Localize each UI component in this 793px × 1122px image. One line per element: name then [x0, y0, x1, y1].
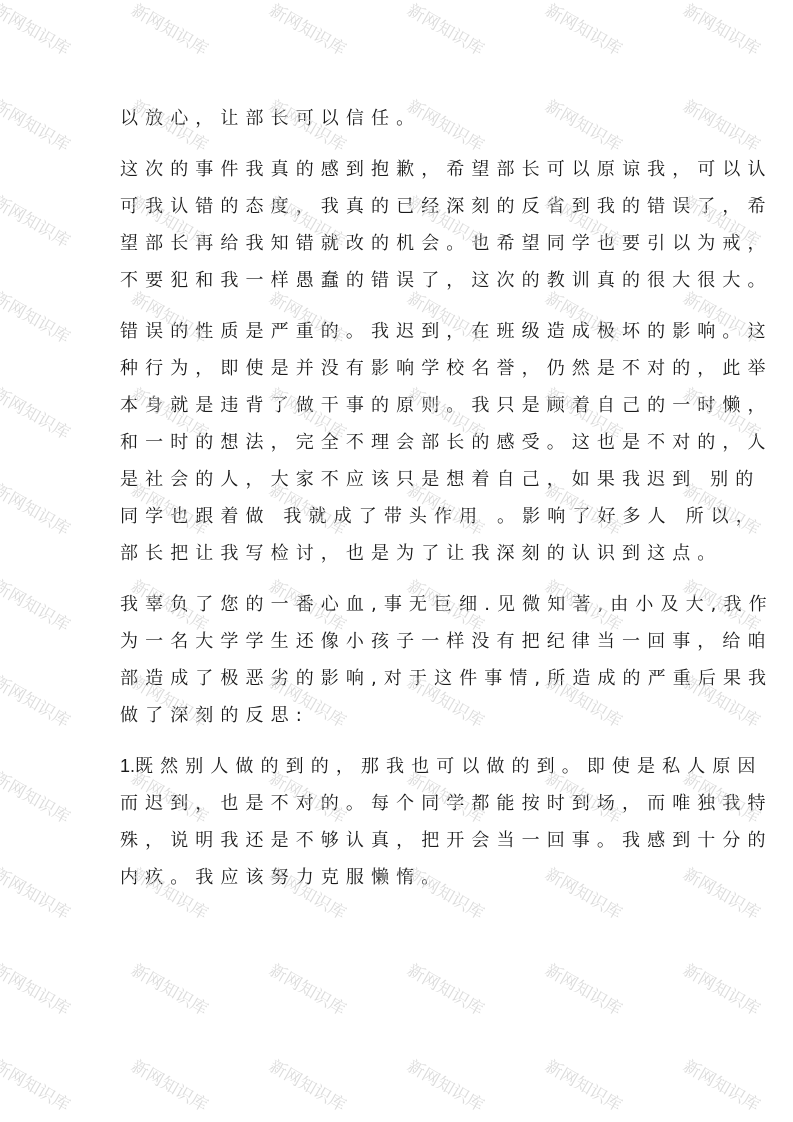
paragraph-4: 我辜负了您的一番心血,事无巨细.见微知著,由小及大,我作 为一名大学学生还像小孩… — [120, 586, 676, 734]
watermark-text: 新网知识库 — [128, 956, 214, 1020]
watermark-text: 新网知识库 — [0, 572, 76, 636]
watermark-text: 新网知识库 — [0, 188, 76, 252]
text-line: 这次的事件我真的感到抱歉，希望部长可以原谅我，可以认 — [120, 151, 676, 188]
watermark-text: 新网知识库 — [266, 1052, 352, 1116]
watermark-text: 新网知识库 — [0, 1052, 76, 1116]
text-line: 我辜负了您的一番心血,事无巨细.见微知著,由小及大,我作 — [120, 586, 676, 623]
watermark-text: 新网知识库 — [0, 668, 76, 732]
watermark-text: 新网知识库 — [0, 860, 76, 924]
numbered-paragraph-1: 1.既然别人做的到的，那我也可以做的到。即使是私人原因 而迟到，也是不对的。每个… — [120, 748, 676, 896]
text-line: 可我认错的态度，我真的已经深刻的反省到我的错误了，希 — [120, 188, 676, 225]
paragraph-1: 以放心，让部长可以信任。 — [120, 100, 676, 137]
watermark-text: 新网知识库 — [0, 476, 76, 540]
text-line: 部造成了极恶劣的影响,对于这件事情,所造成的严重后果我 — [120, 660, 676, 697]
list-number: 1. — [120, 756, 135, 776]
text-line: 是社会的人，大家不应该只是想着自己，如果我迟到 别的 — [120, 461, 676, 498]
watermark-text: 新网知识库 — [128, 1052, 214, 1116]
watermark-text: 新网知识库 — [542, 956, 628, 1020]
watermark-text: 新网知识库 — [542, 0, 628, 60]
watermark-text: 新网知识库 — [0, 0, 76, 60]
watermark-text: 新网知识库 — [0, 764, 76, 828]
watermark-text: 新网知识库 — [266, 0, 352, 60]
text-line: 为一名大学学生还像小孩子一样没有把纪律当一回事，给咱 — [120, 623, 676, 660]
watermark-text: 新网知识库 — [680, 956, 766, 1020]
text-line: 同学也跟着做 我就成了带头作用 。影响了好多人 所以， — [120, 498, 676, 535]
document-page: 以放心，让部长可以信任。 这次的事件我真的感到抱歉，希望部长可以原谅我，可以认 … — [0, 0, 793, 1122]
text-line: 以放心，让部长可以信任。 — [120, 100, 676, 137]
watermark-text: 新网知识库 — [128, 0, 214, 60]
text-line: 做了深刻的反思: — [120, 697, 676, 734]
text-line: 而迟到，也是不对的。每个同学都能按时到场，而唯独我特 — [120, 785, 676, 822]
watermark-text: 新网知识库 — [680, 1052, 766, 1116]
watermark-text: 新网知识库 — [0, 284, 76, 348]
paragraph-2: 这次的事件我真的感到抱歉，希望部长可以原谅我，可以认 可我认错的态度，我真的已经… — [120, 151, 676, 299]
text-line: 部长把让我写检讨，也是为了让我深刻的认识到这点。 — [120, 535, 676, 572]
watermark-text: 新网知识库 — [0, 956, 76, 1020]
watermark-text: 新网知识库 — [680, 860, 766, 924]
text-line: 种行为，即使是并没有影响学校名誉，仍然是不对的，此举 — [120, 350, 676, 387]
text-line: 本身就是违背了做干事的原则。我只是顾着自己的一时懒， — [120, 387, 676, 424]
watermark-text: 新网知识库 — [404, 956, 490, 1020]
paragraph-3: 错误的性质是严重的。我迟到，在班级造成极坏的影响。这 种行为，即使是并没有影响学… — [120, 313, 676, 572]
text-line: 内疚。我应该努力克服懒惰。 — [120, 859, 676, 896]
text-line: 不要犯和我一样愚蠢的错误了，这次的教训真的很大很大。 — [120, 262, 676, 299]
watermark-text: 新网知识库 — [404, 1052, 490, 1116]
watermark-text: 新网知识库 — [680, 0, 766, 60]
text-line: 望部长再给我知错就改的机会。也希望同学也要引以为戒， — [120, 225, 676, 262]
text-line: 1.既然别人做的到的，那我也可以做的到。即使是私人原因 — [120, 748, 676, 785]
watermark-text: 新网知识库 — [0, 92, 76, 156]
watermark-text: 新网知识库 — [680, 92, 766, 156]
watermark-text: 新网知识库 — [266, 956, 352, 1020]
watermark-text: 新网知识库 — [0, 380, 76, 444]
watermark-text: 新网知识库 — [404, 0, 490, 60]
text-line: 错误的性质是严重的。我迟到，在班级造成极坏的影响。这 — [120, 313, 676, 350]
text-line: 殊，说明我还是不够认真，把开会当一回事。我感到十分的 — [120, 822, 676, 859]
watermark-text: 新网知识库 — [542, 1052, 628, 1116]
text-segment: 既然别人做的到的，那我也可以做的到。即使是私人原因 — [135, 756, 763, 777]
document-body: 以放心，让部长可以信任。 这次的事件我真的感到抱歉，希望部长可以原谅我，可以认 … — [120, 100, 676, 910]
text-line: 和一时的想法，完全不理会部长的感受。这也是不对的，人 — [120, 424, 676, 461]
